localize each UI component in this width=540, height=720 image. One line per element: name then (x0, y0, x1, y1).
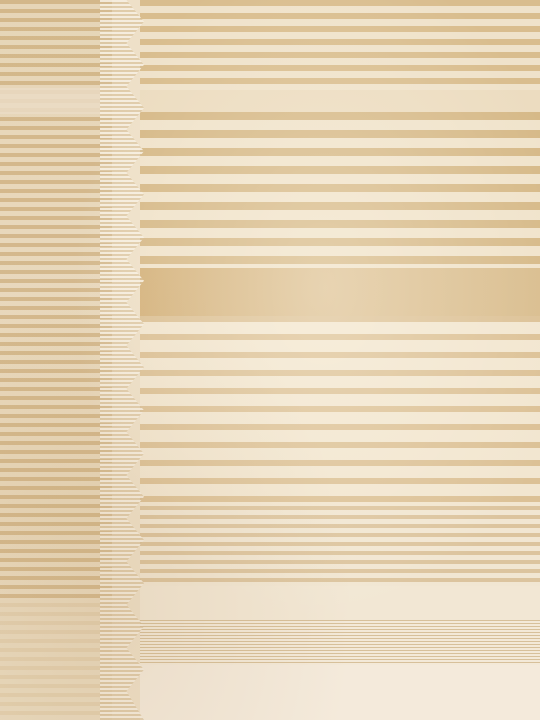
plain-band-lower (140, 586, 540, 620)
stripe-band-upper (140, 112, 540, 272)
gold-band (140, 268, 540, 316)
stripe-band-lower (140, 506, 540, 586)
border-plain-section (0, 88, 112, 114)
zigzag-edge (100, 0, 144, 720)
plain-band-bottom (140, 665, 540, 720)
stripe-band-middle (140, 316, 540, 506)
border-plain-section (0, 600, 112, 720)
stripe-band-top (140, 0, 540, 90)
left-border (0, 0, 112, 720)
fabric-photo (0, 0, 540, 720)
plain-band (140, 90, 540, 112)
fine-stripe-band (140, 620, 540, 665)
